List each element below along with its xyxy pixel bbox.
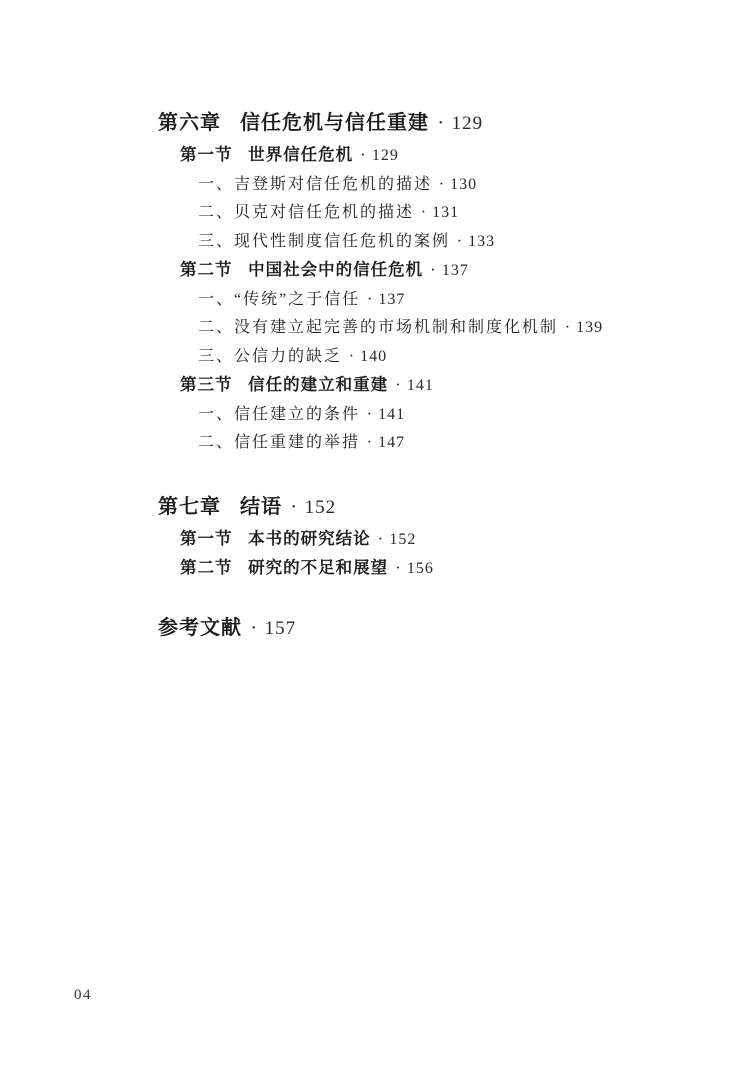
- toc-entry-ch6-s3-item-2: 二、信任重建的举措·147: [198, 429, 750, 458]
- references-title: 参考文献: [158, 617, 242, 639]
- dot-separator: ·: [430, 260, 436, 279]
- page-ref: 141: [378, 406, 405, 423]
- item-title: 三、现代性制度信任危机的案例: [198, 233, 450, 250]
- toc-entry-ch6-section-3: 第三节信任的建立和重建·141: [180, 371, 750, 401]
- chapter-title: 信任危机与信任重建: [240, 112, 429, 134]
- dot-separator: ·: [378, 529, 384, 548]
- toc-entry-ch6-s1-item-2: 二、贝克对信任危机的描述·131: [198, 199, 750, 228]
- dot-separator: ·: [367, 291, 372, 308]
- page-ref: 131: [432, 204, 459, 221]
- page-ref: 147: [378, 434, 405, 451]
- toc-entry-ch6-section-2: 第二节中国社会中的信任危机·137: [180, 256, 750, 286]
- item-title: 二、贝克对信任危机的描述: [198, 204, 414, 221]
- page-ref: 157: [265, 618, 297, 639]
- toc-entry-ch6-s1-item-3: 三、现代性制度信任危机的案例·133: [198, 228, 750, 257]
- page-ref: 129: [452, 113, 484, 134]
- toc-entry-chapter-7: 第七章结语·152: [158, 490, 750, 525]
- dot-separator: ·: [250, 617, 257, 639]
- section-label: 第一节: [180, 529, 233, 548]
- dot-separator: ·: [360, 145, 366, 164]
- table-of-contents: 第六章信任危机与信任重建·129 第一节世界信任危机·129 一、吉登斯对信任危…: [0, 106, 750, 646]
- page-ref: 156: [407, 560, 434, 577]
- toc-entry-ch6-s2-item-3: 三、公信力的缺乏·140: [198, 343, 750, 372]
- chapter-label: 第七章: [158, 496, 221, 518]
- dot-separator: ·: [437, 112, 444, 134]
- section-title: 研究的不足和展望: [248, 558, 388, 577]
- toc-entry-ch6-section-1: 第一节世界信任危机·129: [180, 141, 750, 171]
- dot-separator: ·: [395, 558, 401, 577]
- dot-separator: ·: [367, 406, 372, 423]
- section-label: 第一节: [180, 145, 233, 164]
- dot-separator: ·: [421, 204, 426, 221]
- dot-separator: ·: [290, 496, 297, 518]
- section-title: 中国社会中的信任危机: [248, 260, 423, 279]
- toc-entry-ch6-s3-item-1: 一、信任建立的条件·141: [198, 401, 750, 430]
- section-title: 世界信任危机: [248, 145, 353, 164]
- page-ref: 137: [442, 262, 469, 279]
- dot-separator: ·: [395, 375, 401, 394]
- dot-separator: ·: [439, 176, 444, 193]
- page-ref: 152: [389, 531, 416, 548]
- toc-entry-ch6-s2-item-2: 二、没有建立起完善的市场机制和制度化机制·139: [198, 314, 750, 343]
- toc-entry-ch6-s2-item-1: 一、“传统”之于信任·137: [198, 286, 750, 315]
- dot-separator: ·: [367, 434, 372, 451]
- chapter-title: 结语: [240, 496, 282, 518]
- section-label: 第三节: [180, 375, 233, 394]
- section-title: 本书的研究结论: [248, 529, 371, 548]
- page-ref: 139: [576, 319, 603, 336]
- folio-page-number: 04: [74, 987, 92, 1004]
- toc-entry-chapter-6: 第六章信任危机与信任重建·129: [158, 106, 750, 141]
- chapter-label: 第六章: [158, 112, 221, 134]
- section-label: 第二节: [180, 260, 233, 279]
- page-ref: 130: [450, 176, 477, 193]
- toc-entry-ch7-section-1: 第一节本书的研究结论·152: [180, 525, 750, 555]
- item-title: 一、“传统”之于信任: [198, 291, 360, 308]
- page-ref: 140: [360, 348, 387, 365]
- item-title: 一、吉登斯对信任危机的描述: [198, 176, 432, 193]
- section-label: 第二节: [180, 558, 233, 577]
- toc-entry-ch6-s1-item-1: 一、吉登斯对信任危机的描述·130: [198, 171, 750, 200]
- item-title: 二、信任重建的举措: [198, 434, 360, 451]
- dot-separator: ·: [457, 233, 462, 250]
- page-ref: 152: [305, 497, 337, 518]
- dot-separator: ·: [349, 348, 354, 365]
- toc-entry-ch7-section-2: 第二节研究的不足和展望·156: [180, 554, 750, 584]
- page-ref: 129: [372, 147, 399, 164]
- page-ref: 133: [468, 233, 495, 250]
- section-title: 信任的建立和重建: [248, 375, 388, 394]
- item-title: 一、信任建立的条件: [198, 406, 360, 423]
- item-title: 三、公信力的缺乏: [198, 348, 342, 365]
- page-ref: 141: [407, 377, 434, 394]
- toc-page: 第六章信任危机与信任重建·129 第一节世界信任危机·129 一、吉登斯对信任危…: [0, 0, 750, 1089]
- page-ref: 137: [378, 291, 405, 308]
- item-title: 二、没有建立起完善的市场机制和制度化机制: [198, 319, 558, 336]
- toc-entry-references: 参考文献·157: [158, 611, 750, 646]
- dot-separator: ·: [565, 319, 570, 336]
